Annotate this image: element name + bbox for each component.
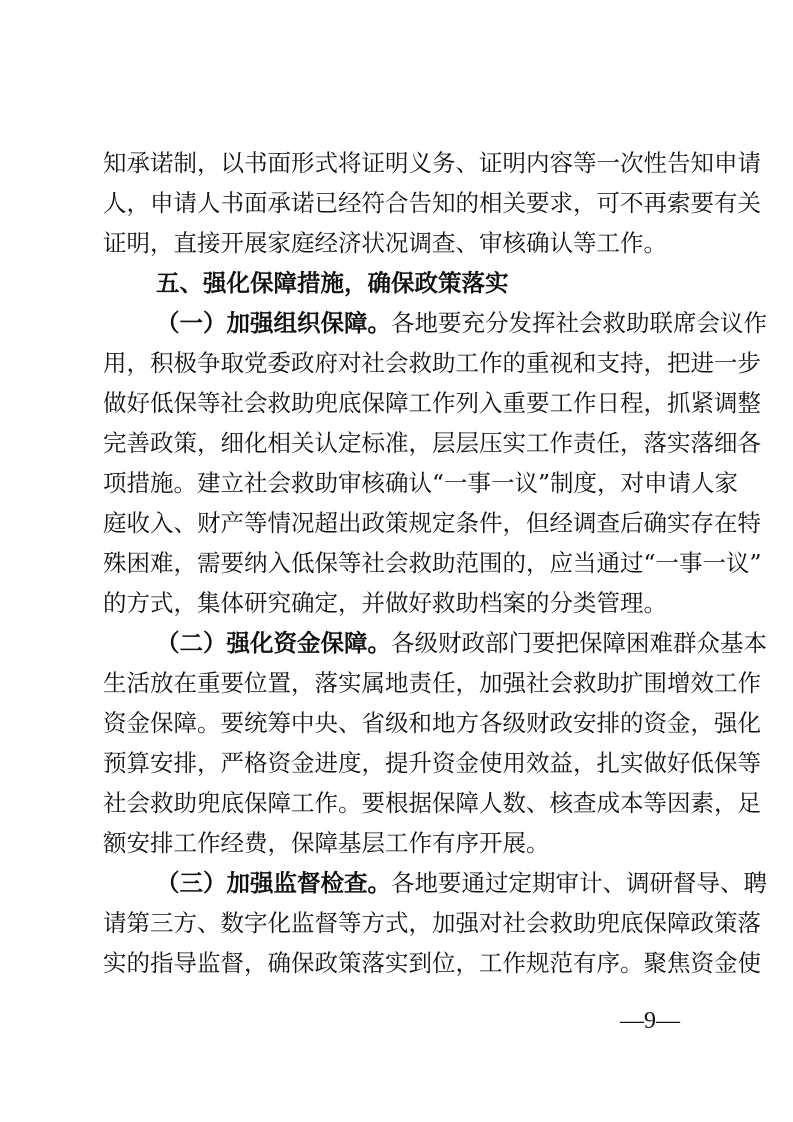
document-body: 知承诺制，以书面形式将证明义务、证明内容等一次性告知申请 人，申请人书面承诺已经… [103, 143, 693, 983]
paragraph-line: 殊困难，需要纳入低保等社会救助范围的，应当通过“一事一议” [103, 543, 693, 583]
subsection-title: （三）加强监督检查。 [156, 871, 391, 897]
paragraph-text: 各地要通过定期审计、调研督导、聘 [391, 869, 767, 897]
document-page: 知承诺制，以书面形式将证明义务、证明内容等一次性告知申请 人，申请人书面承诺已经… [0, 0, 793, 1122]
paragraph-line: 额安排工作经费，保障基层工作有序开展。 [103, 823, 693, 863]
paragraph-line: 实的指导监督，确保政策落实到位，工作规范有序。聚焦资金使 [103, 943, 693, 983]
paragraph-line: 完善政策，细化相关认定标准，层层压实工作责任，落实落细各 [103, 423, 693, 463]
paragraph-line: 预算安排，严格资金进度，提升资金使用效益，扎实做好低保等 [103, 743, 693, 783]
subsection-first-line: （一）加强组织保障。各地要充分发挥社会救助联席会议作 [103, 303, 693, 343]
paragraph-line: 资金保障。要统筹中央、省级和地方各级财政安排的资金，强化 [103, 703, 693, 743]
paragraph-line: 项措施。建立社会救助审核确认“一事一议”制度，对申请人家 [103, 463, 693, 503]
paragraph-text: 各级财政部门要把保障困难群众基本 [391, 629, 767, 657]
paragraph-line: 做好低保等社会救助兜底保障工作列入重要工作日程，抓紧调整 [103, 383, 693, 423]
section-heading: 五、强化保障措施，确保政策落实 [103, 263, 693, 303]
paragraph-line: 证明，直接开展家庭经济状况调查、审核确认等工作。 [103, 223, 693, 263]
paragraph-line: 用，积极争取党委政府对社会救助工作的重视和支持，把进一步 [103, 343, 693, 383]
paragraph-line: 庭收入、财产等情况超出政策规定条件，但经调查后确实存在特 [103, 503, 693, 543]
paragraph-line: 请第三方、数字化监督等方式，加强对社会救助兜底保障政策落 [103, 903, 693, 943]
paragraph-line: 人，申请人书面承诺已经符合告知的相关要求，可不再索要有关 [103, 183, 693, 223]
paragraph-line: 社会救助兜底保障工作。要根据保障人数、核查成本等因素，足 [103, 783, 693, 823]
subsection-title: （二）强化资金保障。 [156, 631, 391, 657]
page-number: —9— [610, 1006, 690, 1036]
subsection-title: （一）加强组织保障。 [156, 311, 391, 337]
paragraph-line: 知承诺制，以书面形式将证明义务、证明内容等一次性告知申请 [103, 143, 693, 183]
paragraph-line: 生活放在重要位置，落实属地责任，加强社会救助扩围增效工作 [103, 663, 693, 703]
subsection-first-line: （三）加强监督检查。各地要通过定期审计、调研督导、聘 [103, 863, 693, 903]
paragraph-text: 各地要充分发挥社会救助联席会议作 [391, 309, 767, 337]
subsection-first-line: （二）强化资金保障。各级财政部门要把保障困难群众基本 [103, 623, 693, 663]
paragraph-line: 的方式，集体研究确定，并做好救助档案的分类管理。 [103, 583, 693, 623]
